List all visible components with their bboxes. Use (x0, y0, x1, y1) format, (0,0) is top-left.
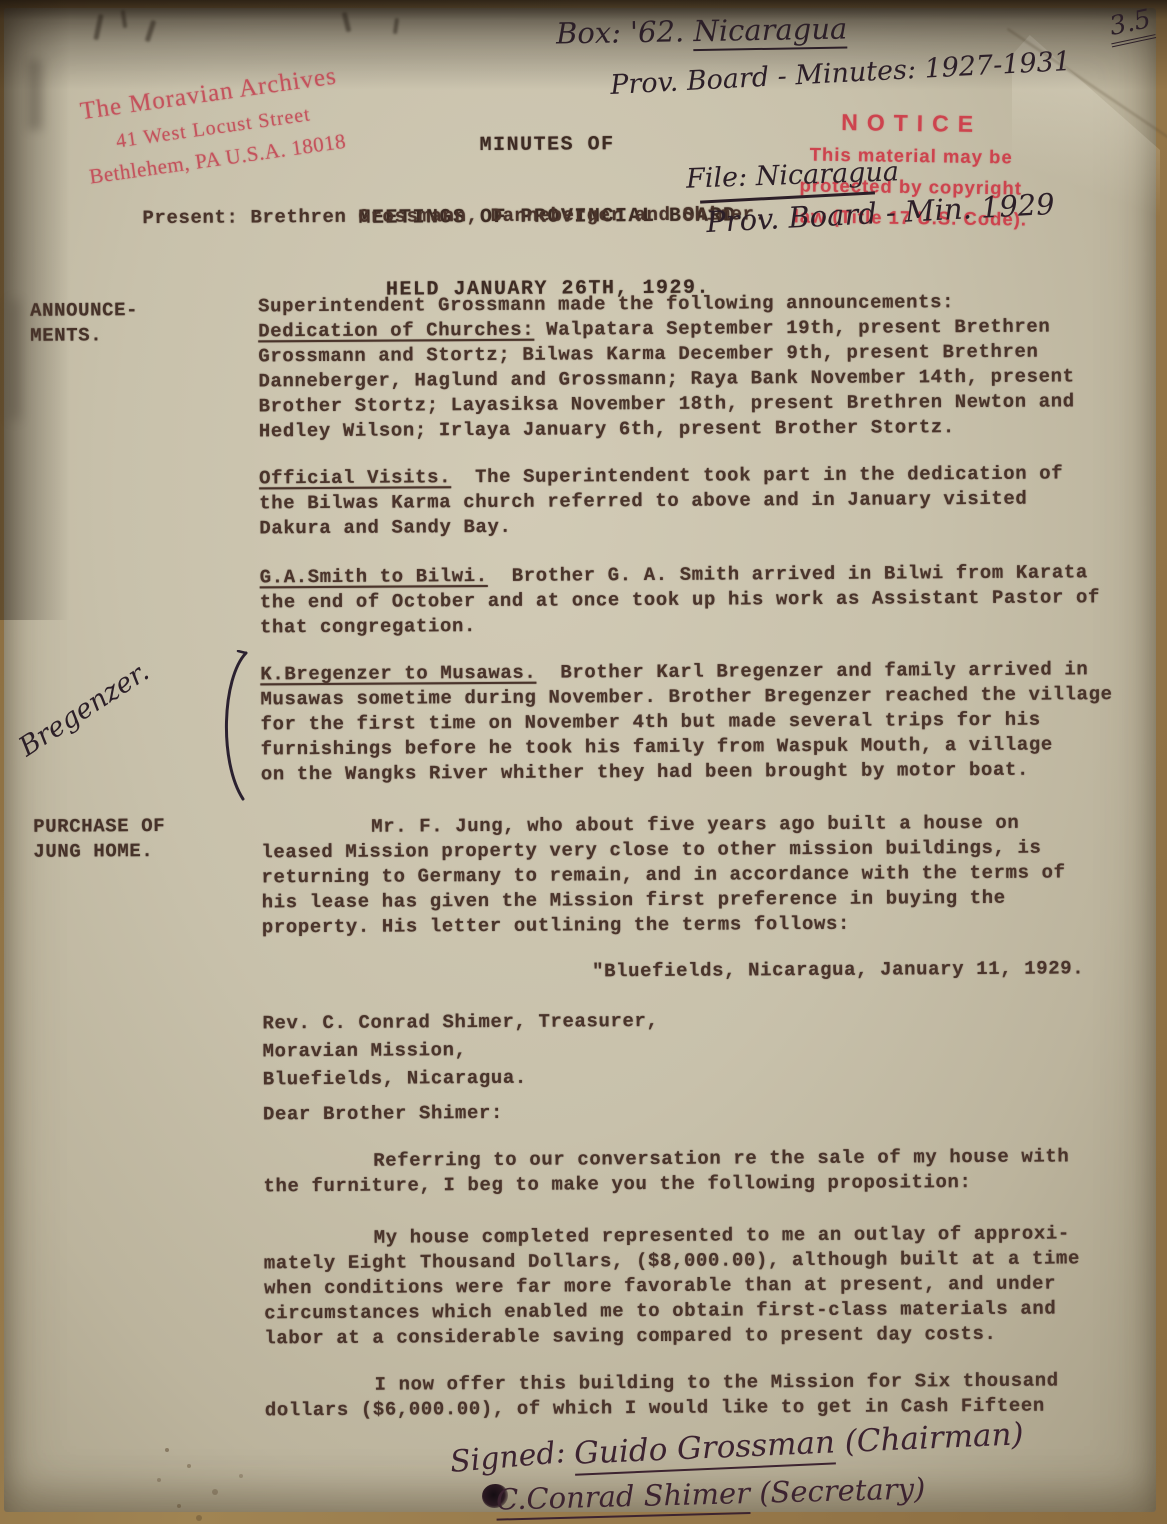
title-line-1: MINUTES OF (347, 132, 747, 158)
typewritten-text-layer: MINUTES OF MEETINGS OF PROVINCIAL BOARD … (0, 0, 1167, 1524)
letter-paragraph-3: I now offer this building to the Mission… (265, 1368, 1137, 1423)
paragraph-official-visits: Official Visits. The Superintendent took… (259, 461, 1131, 541)
paragraph-smith: G.A.Smith to Bilwi. Brother G. A. Smith … (260, 560, 1132, 640)
paragraph-jung: Mr. F. Jung, who about five years ago bu… (261, 810, 1134, 940)
present-line: Present: Brethren Grossmann, Danneberger… (142, 202, 766, 231)
box-annotation-label: Box: '62. (556, 14, 694, 50)
official-visits-heading: Official Visits. (259, 466, 451, 489)
announcements-intro: Superintendent Grossmann made the follow… (258, 291, 954, 317)
announcements-heading: Dedication of Churches: (258, 319, 534, 343)
handwritten-bracket (216, 650, 250, 802)
box-annotation: Box: '62. Nicaragua (556, 11, 848, 50)
margin-heading-announcements: ANNOUNCE- MENTS. (30, 298, 138, 349)
smith-heading: G.A.Smith to Bilwi. (260, 565, 488, 588)
margin-heading-purchase: PURCHASE OF JUNG HOME. (33, 814, 165, 865)
signature-secretary-role: (Secretary) (750, 1471, 926, 1510)
paragraph-bregenzer: K.Bregenzer to Musawas. Brother Karl Bre… (260, 657, 1133, 787)
letter-address: Rev. C. Conrad Shimer, Treasurer, Moravi… (262, 1007, 659, 1093)
box-annotation-value: Nicaragua (693, 11, 847, 51)
bregenzer-heading: K.Bregenzer to Musawas. (260, 662, 536, 686)
scanned-document-page: { "annotations": { "box_label": "Box: '6… (0, 0, 1167, 1524)
letter-dateline: "Bluefields, Nicaragua, January 11, 1929… (592, 956, 1084, 984)
signature-secretary-name: C.Conrad Shimer (496, 1476, 751, 1521)
letter-salutation: Dear Brother Shimer: (263, 1101, 503, 1127)
file-annotation-value: Nicaragua (755, 156, 899, 192)
paragraph-announcements: Superintendent Grossmann made the follow… (258, 289, 1131, 444)
file-annotation-label: File: (686, 161, 757, 194)
letter-paragraph-1: Referring to our conversation re the sal… (263, 1144, 1135, 1199)
letter-paragraph-2: My house completed represented to me an … (264, 1221, 1137, 1351)
